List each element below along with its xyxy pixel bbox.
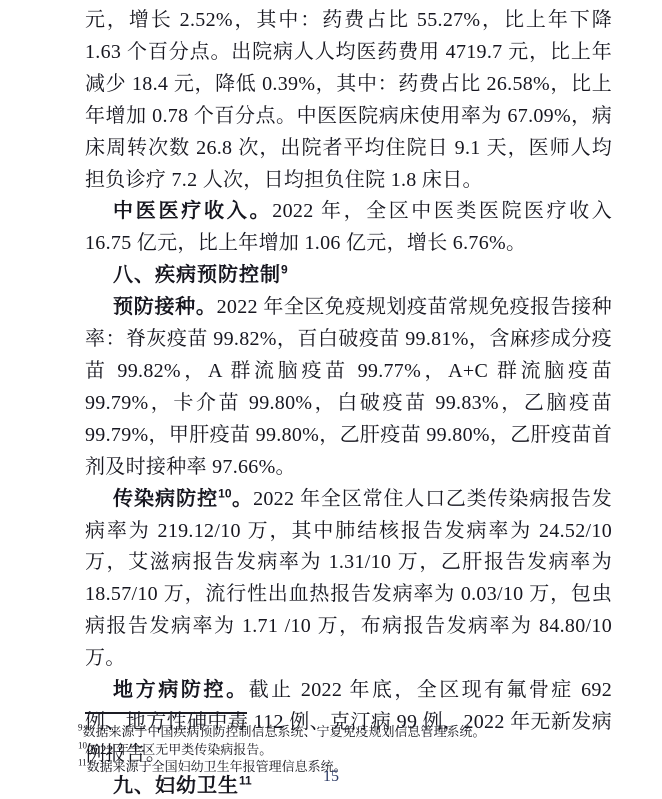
paragraph-infectious-disease: 传染病防控10。2022 年全区常住人口乙类传染病报告发病率为 219.12/1…	[85, 484, 612, 675]
paragraph-vaccination: 预防接种。2022 年全区免疫规划疫苗常规免疫报告接种率：脊灰疫苗 99.82%…	[85, 292, 612, 483]
footnote-sup-11: 11	[78, 758, 87, 768]
footnote-text-9: 数据来源于中国疾病预防控制信息系统、宁夏免疫规划信息管理系统。	[83, 724, 486, 739]
footnote-text-10: 2022 年全区无甲类传染病报告。	[87, 742, 272, 757]
paragraph-tcm-medical-revenue: 中医医疗收入。2022 年，全区中医类医院医疗收入 16.75 亿元，比上年增加…	[85, 196, 612, 260]
footnote-marker-10: 10	[218, 486, 231, 500]
section-heading-text: 八、疾病预防控制	[113, 264, 281, 286]
page-number: 15	[0, 768, 662, 786]
paragraph-lead-vaccination: 预防接种。	[113, 296, 217, 318]
document-page: 元，增长 2.52%，其中：药费占比 55.27%，比上年下降 1.63 个百分…	[0, 0, 662, 799]
section-heading-disease-prevention: 八、疾病预防控制9	[85, 260, 612, 292]
paragraph-text-vaccination: 2022 年全区免疫规划疫苗常规免疫报告接种率：脊灰疫苗 99.82%，百白破疫…	[85, 296, 612, 478]
paragraph-lead-endemic: 地方病防控。	[113, 679, 249, 701]
footnote-divider	[85, 712, 247, 714]
paragraph-lead-infectious: 传染病防控	[113, 488, 218, 510]
paragraph-hospital-costs-continuation: 元，增长 2.52%，其中：药费占比 55.27%，比上年下降 1.63 个百分…	[85, 5, 612, 196]
footnote-sup-10: 10	[78, 740, 87, 750]
footnote-area: 9数据来源于中国疾病预防控制信息系统、宁夏免疫规划信息管理系统。 102022 …	[78, 712, 618, 776]
paragraph-lead-tcm-revenue: 中医医疗收入。	[113, 200, 272, 222]
footnote-10: 102022 年全区无甲类传染病报告。	[78, 741, 618, 759]
paragraph-lead-tail-infectious: 。	[232, 488, 254, 510]
footnote-9: 9数据来源于中国疾病预防控制信息系统、宁夏免疫规划信息管理系统。	[78, 723, 618, 741]
paragraph-text-infectious: 2022 年全区常住人口乙类传染病报告发病率为 219.12/10 万，其中肺结…	[85, 488, 612, 670]
footnote-marker-9: 9	[281, 263, 288, 277]
document-body: 元，增长 2.52%，其中：药费占比 55.27%，比上年下降 1.63 个百分…	[85, 5, 612, 799]
